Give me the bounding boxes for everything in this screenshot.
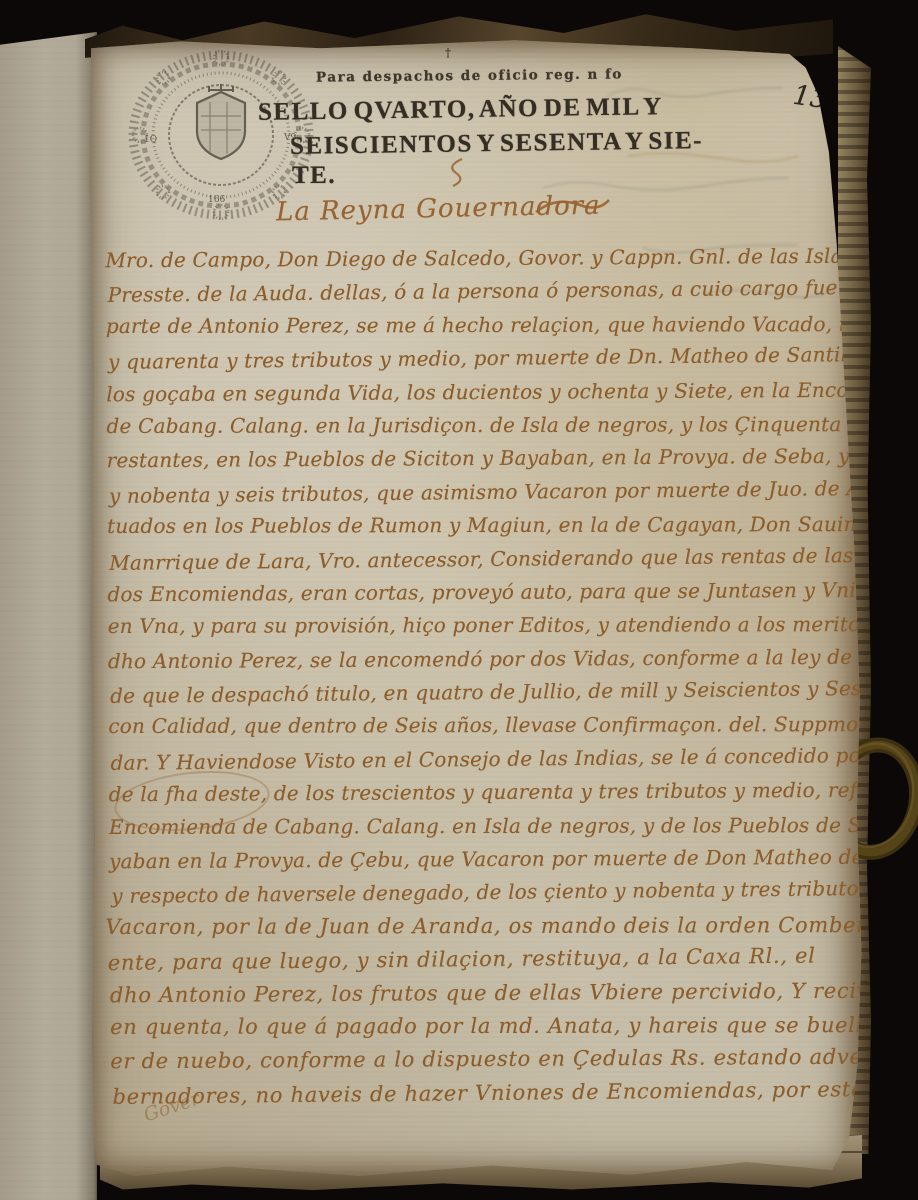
body-line: en quenta, lo que á pagado por la md. An…: [110, 1009, 862, 1044]
manuscript-body: Mro. de Campo, Don Diego de Salcedo, Gov…: [105, 240, 862, 1113]
body-line: parte de Antonio Perez, se me á hecho re…: [106, 308, 858, 343]
seal-bottom-mark: 166: [208, 195, 225, 205]
body-line: de que le despachó titulo, en quatro de …: [110, 672, 862, 713]
seal-left-mark: 1Q: [144, 135, 157, 145]
folio-number: 13: [791, 80, 829, 115]
photo-background: 1Q V9 166 † Para despachos de oficio reg…: [0, 0, 918, 1200]
body-line: los goçaba en segunda Vida, los duciento…: [106, 373, 858, 411]
stamp-title-line1: SELLO QVARTO, AÑO DE MIL Y: [258, 93, 663, 127]
body-line: Presste. de la Auda. dellas, ó a la pers…: [108, 271, 860, 312]
body-line: y nobenta y seis tributos, que asimismo …: [109, 472, 861, 513]
stamp-title-line2: SEISCIENTOS Y SESENTA Y SIE-: [290, 127, 703, 161]
title-swash-flourish: [534, 194, 612, 222]
stamp-office-line: Para despachos de oficio reg. n fo: [316, 66, 623, 85]
manuscript-page: 1Q V9 166 † Para despachos de oficio reg…: [88, 38, 863, 1178]
body-line: dho Antonio Perez, los frutos que de ell…: [110, 974, 862, 1012]
body-line: en Vna, y para su provisión, hiço poner …: [108, 608, 860, 643]
body-line: Vacaron, por la de Juan de Aranda, os ma…: [105, 909, 861, 944]
body-line: de Cabang. Calang. en la Jurisdiçon. de …: [106, 408, 858, 443]
sheet-cross-mark: †: [445, 46, 451, 60]
body-line: dos Encomiendas, eran cortas, proveyó au…: [107, 574, 859, 612]
body-line: bernadores, no haveis de hazer Vniones d…: [112, 1073, 863, 1114]
tax-stamp-seal: 1Q V9 166: [128, 50, 314, 220]
body-line: y respecto de haversele denegado, de los…: [111, 872, 863, 913]
rubric-flourish: [438, 156, 472, 190]
stamp-title-line3: TE.: [292, 162, 336, 190]
facing-page: [0, 26, 97, 1200]
body-line: con Calidad, que dentro de Seis años, ll…: [108, 708, 860, 743]
body-line: tuados en los Pueblos de Rumon y Magiun,…: [107, 508, 859, 543]
